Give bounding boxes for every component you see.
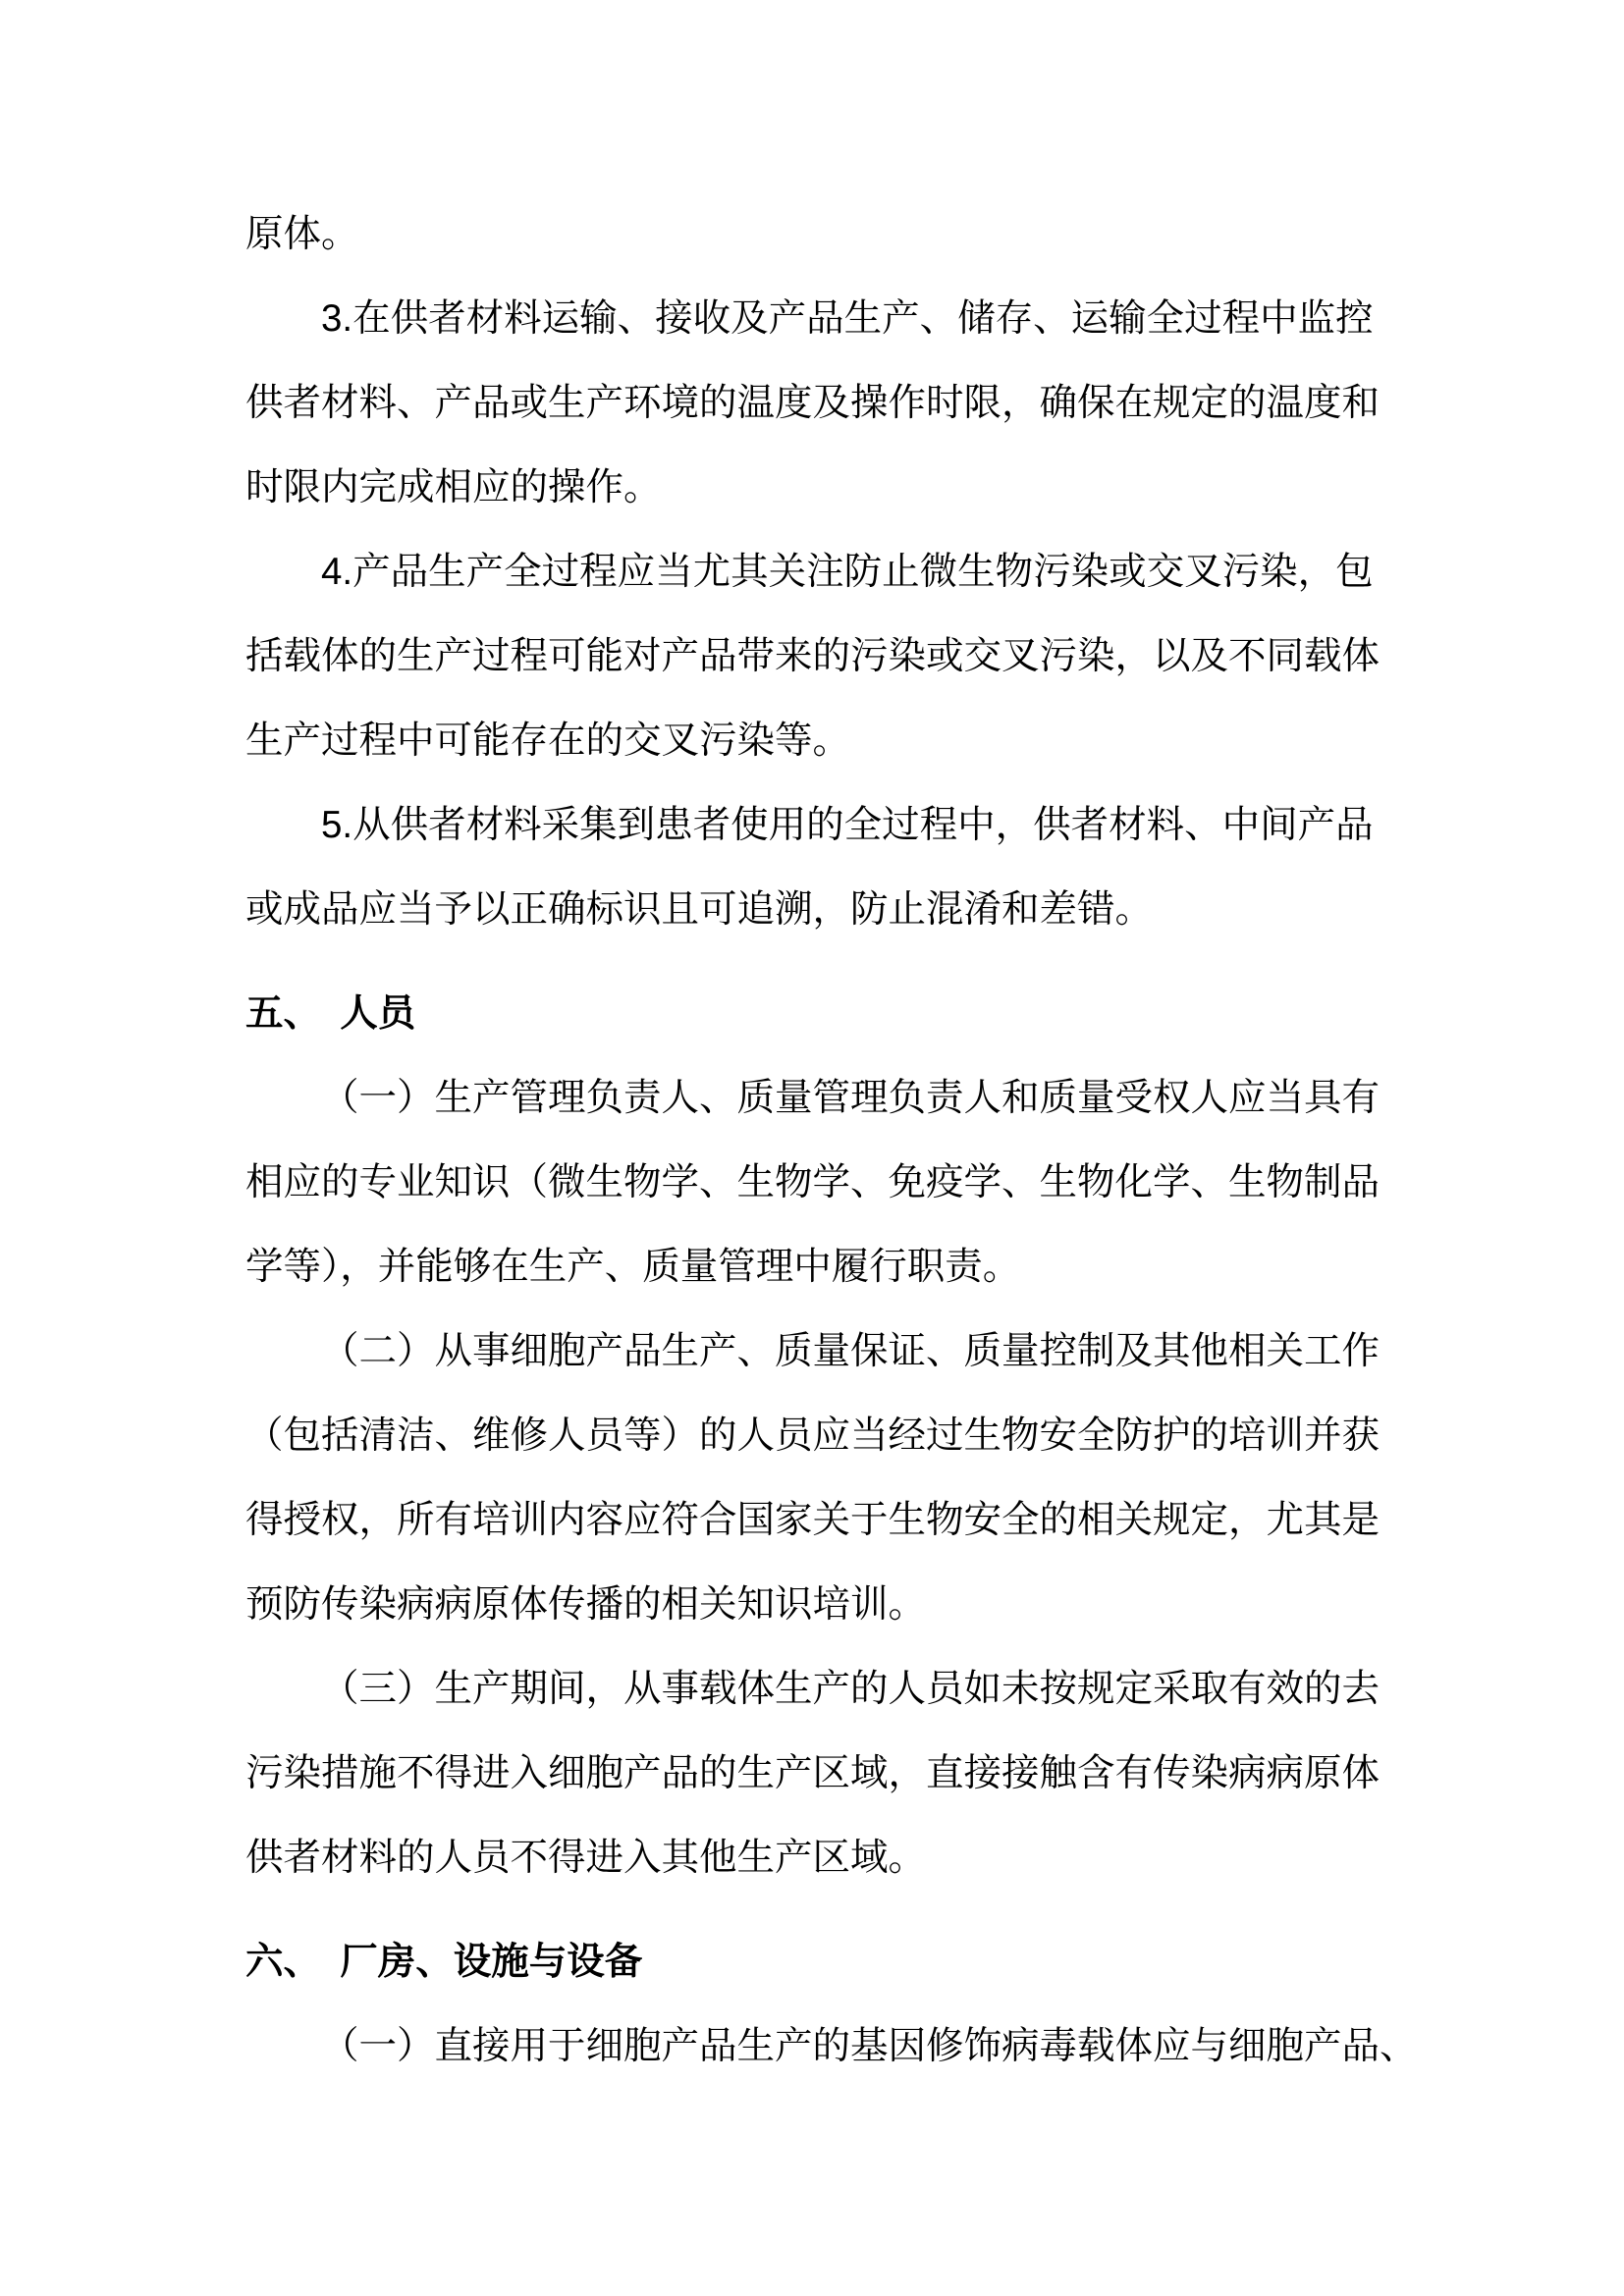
text-line: 得授权，所有培训内容应符合国家关于生物安全的相关规定，尤其是 (245, 1478, 1379, 1563)
text-line: 污染措施不得进入细胞产品的生产区域，直接接触含有传染病病原体 (245, 1732, 1379, 1816)
text-line: 4.产品生产全过程应当尤其关注防止微生物污染或交叉污染，包 (245, 530, 1379, 614)
text-line: 预防传染病病原体传播的相关知识培训。 (245, 1563, 1379, 1647)
text-line: 时限内完成相应的操作。 (245, 446, 1379, 530)
text-line: （一）生产管理负责人、质量管理负责人和质量受权人应当具有 (245, 1056, 1379, 1141)
text-line: （一）直接用于细胞产品生产的基因修饰病毒载体应与细胞产品、 (245, 2004, 1379, 2089)
text-line: （三）生产期间，从事载体生产的人员如未按规定采取有效的去 (245, 1647, 1379, 1732)
text-line: 3.在供者材料运输、接收及产品生产、储存、运输全过程中监控 (245, 277, 1379, 361)
section-heading-5: 五、 人员 (245, 972, 1379, 1056)
section-heading-6: 六、 厂房、设施与设备 (245, 1920, 1379, 2004)
text-line: （包括清洁、维修人员等）的人员应当经过生物安全防护的培训并获 (245, 1394, 1379, 1478)
text-line: 供者材料的人员不得进入其他生产区域。 (245, 1816, 1379, 1900)
document-page: 原体。 3.在供者材料运输、接收及产品生产、储存、运输全过程中监控 供者材料、产… (0, 0, 1624, 2296)
text-line: 括载体的生产过程可能对产品带来的污染或交叉污染，以及不同载体 (245, 614, 1379, 699)
text-line: 原体。 (245, 192, 1379, 277)
text-line: （二）从事细胞产品生产、质量保证、质量控制及其他相关工作 (245, 1309, 1379, 1394)
text-line: 相应的专业知识（微生物学、生物学、免疫学、生物化学、生物制品 (245, 1141, 1379, 1225)
document-body: 原体。 3.在供者材料运输、接收及产品生产、储存、运输全过程中监控 供者材料、产… (245, 192, 1379, 2089)
text-line: 或成品应当予以正确标识且可追溯，防止混淆和差错。 (245, 868, 1379, 952)
text-line: 学等），并能够在生产、质量管理中履行职责。 (245, 1225, 1379, 1309)
text-line: 供者材料、产品或生产环境的温度及操作时限，确保在规定的温度和 (245, 361, 1379, 446)
text-line: 生产过程中可能存在的交叉污染等。 (245, 699, 1379, 783)
text-line: 5.从供者材料采集到患者使用的全过程中，供者材料、中间产品 (245, 783, 1379, 868)
